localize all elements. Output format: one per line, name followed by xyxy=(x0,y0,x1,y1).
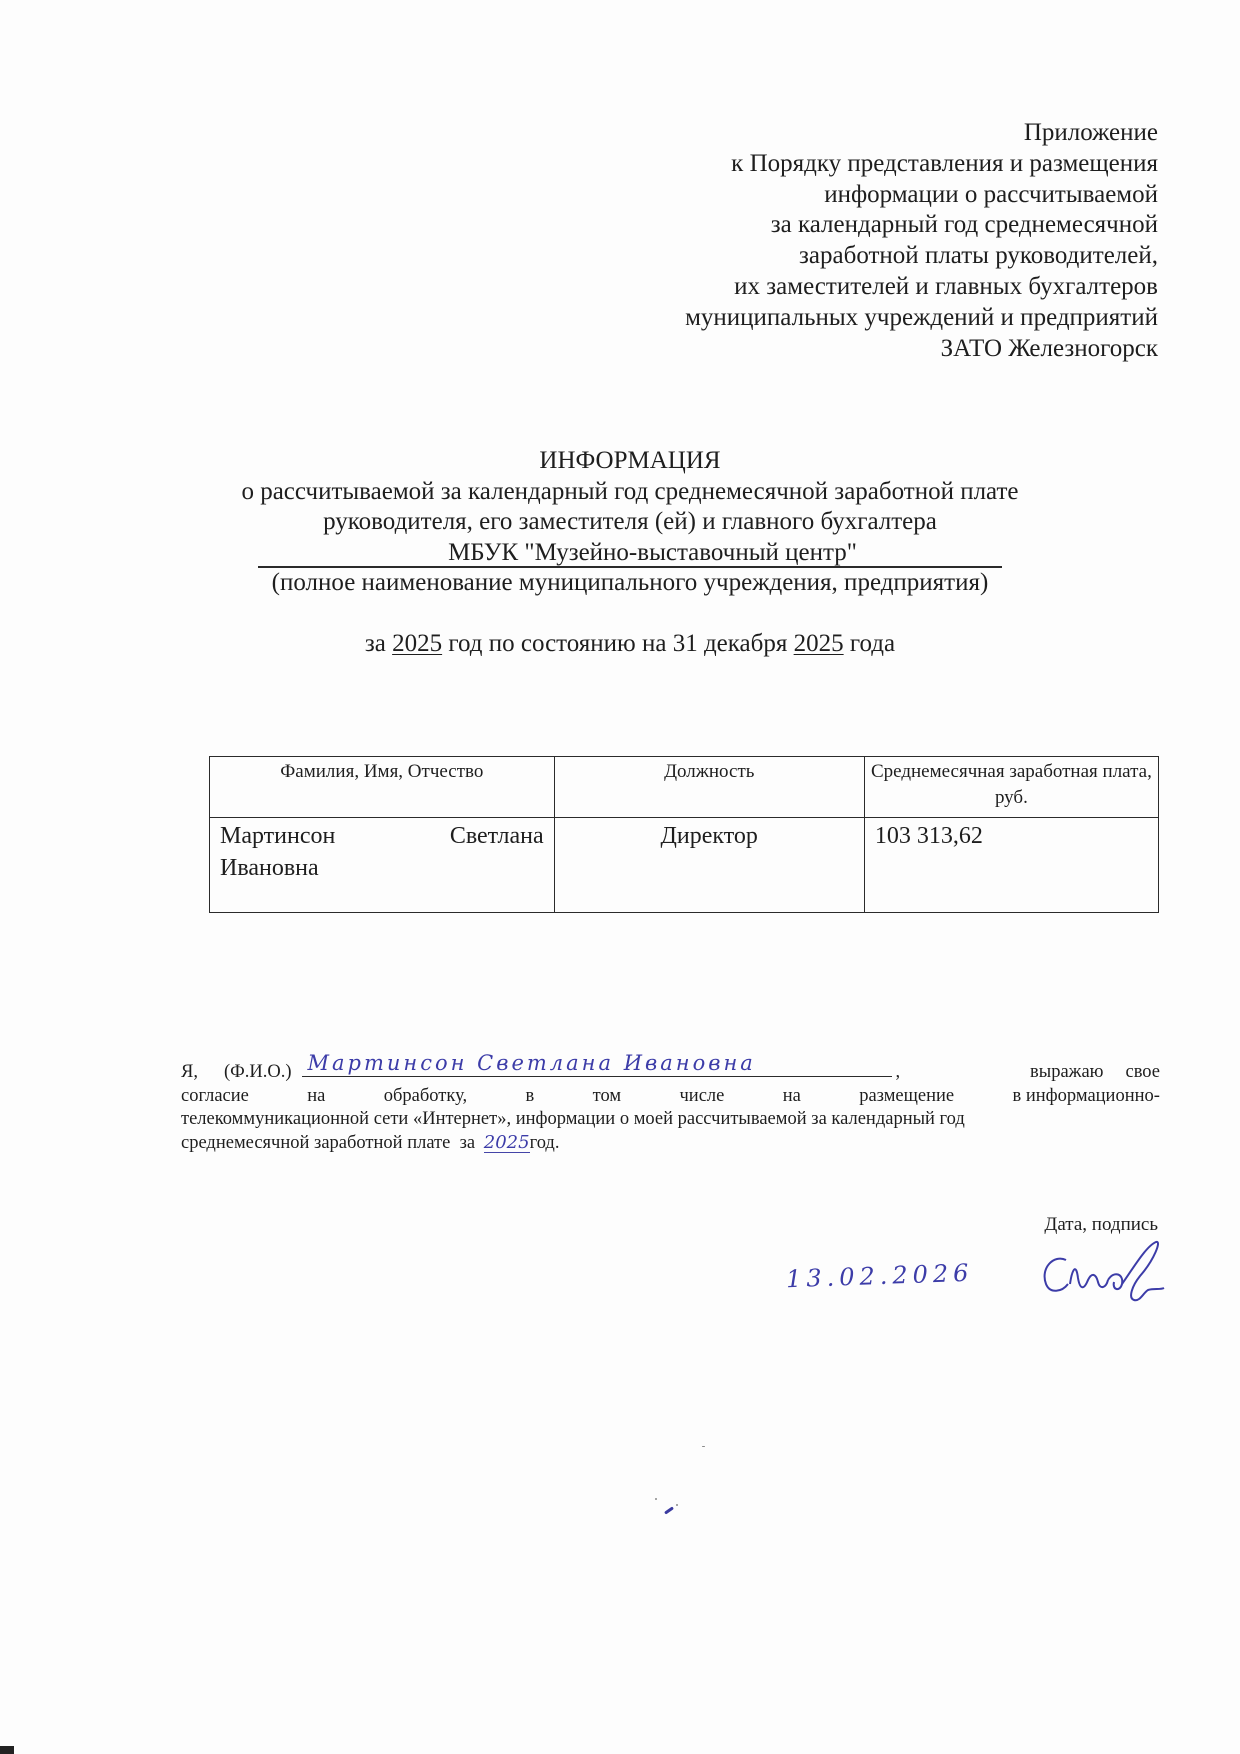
salary-table: Фамилия, Имя, Отчество Должность Среднем… xyxy=(209,756,1159,913)
surname: Мартинсон xyxy=(220,820,335,852)
organization-name: МБУК "Музейно-выставочный центр" xyxy=(448,539,857,566)
cell-fio: Мартинсон Светлана Ивановна xyxy=(210,818,555,913)
organization-caption: (полное наименование муниципального учре… xyxy=(190,568,1070,599)
consent-line-2: согласие на обработку, в том числе на ра… xyxy=(181,1085,1160,1109)
consent-paragraph: Я, (Ф.И.О.) Мартинсон Светлана Ивановна … xyxy=(181,1054,1160,1155)
date-signature-label: Дата, подпись xyxy=(1044,1214,1158,1236)
column-header-salary: Среднемесячная заработная плата, руб. xyxy=(864,757,1158,818)
organization-name-field: МБУК "Музейно-выставочный центр" xyxy=(258,540,1002,568)
document-heading: ИНФОРМАЦИЯ xyxy=(190,446,1070,477)
appendix-line: их заместителей и главных бухгалтеров xyxy=(558,272,1158,303)
fio-label: (Ф.И.О.) xyxy=(224,1061,292,1085)
as-of-year: 2025 xyxy=(794,630,844,657)
scan-mark xyxy=(676,1504,678,1506)
cell-salary: 103 313,62 xyxy=(864,818,1158,913)
fio-handwritten: Мартинсон Светлана Ивановна xyxy=(308,1052,756,1076)
title-line: о рассчитываемой за календарный год сред… xyxy=(190,477,1070,508)
consent-line-4: среднемесячной заработной плате за 2025г… xyxy=(181,1132,1160,1156)
report-period: за 2025 год по состоянию на 31 декабря 2… xyxy=(190,629,1070,660)
appendix-line: информации о рассчитываемой xyxy=(558,180,1158,211)
column-header-position: Должность xyxy=(554,757,864,818)
table-header-row: Фамилия, Имя, Отчество Должность Среднем… xyxy=(210,757,1159,818)
appendix-line: заработной платы руководителей, xyxy=(558,241,1158,272)
consent-line-1: Я, (Ф.И.О.) Мартинсон Светлана Ивановна … xyxy=(181,1054,1160,1085)
consent-year-handwritten: 2025 xyxy=(484,1134,530,1153)
first-name: Светлана xyxy=(450,820,544,852)
appendix-header: Приложение к Порядку представления и раз… xyxy=(558,118,1158,364)
fio-handwritten-field: Мартинсон Светлана Ивановна xyxy=(302,1054,892,1077)
appendix-line: ЗАТО Железногорск xyxy=(558,334,1158,365)
column-header-fio: Фамилия, Имя, Отчество xyxy=(210,757,555,818)
consent-text: выражаю xyxy=(1030,1061,1103,1085)
appendix-line: за календарный год среднемесячной xyxy=(558,210,1158,241)
scan-edge-mark xyxy=(0,1746,14,1754)
document-title-block: ИНФОРМАЦИЯ о рассчитываемой за календарн… xyxy=(190,446,1070,659)
title-line: руководителя, его заместителя (ей) и гла… xyxy=(190,507,1070,538)
table-row: Мартинсон Светлана Ивановна Директор 103… xyxy=(210,818,1159,913)
consent-text: свое xyxy=(1125,1061,1160,1085)
cell-position: Директор xyxy=(554,818,864,913)
patronymic: Ивановна xyxy=(220,852,544,884)
scan-mark xyxy=(702,1446,705,1447)
appendix-line: к Порядку представления и размещения xyxy=(558,149,1158,180)
scan-mark xyxy=(664,1506,674,1514)
scan-mark xyxy=(655,1498,657,1500)
signature-icon xyxy=(1036,1240,1166,1310)
appendix-title: Приложение xyxy=(558,118,1158,149)
report-year: 2025 xyxy=(392,630,442,657)
appendix-line: муниципальных учреждений и предприятий xyxy=(558,303,1158,334)
handwritten-date: 13.02.2026 xyxy=(786,1259,974,1294)
consent-line-3: телекоммуникационной сети «Интернет», ин… xyxy=(181,1108,1160,1132)
